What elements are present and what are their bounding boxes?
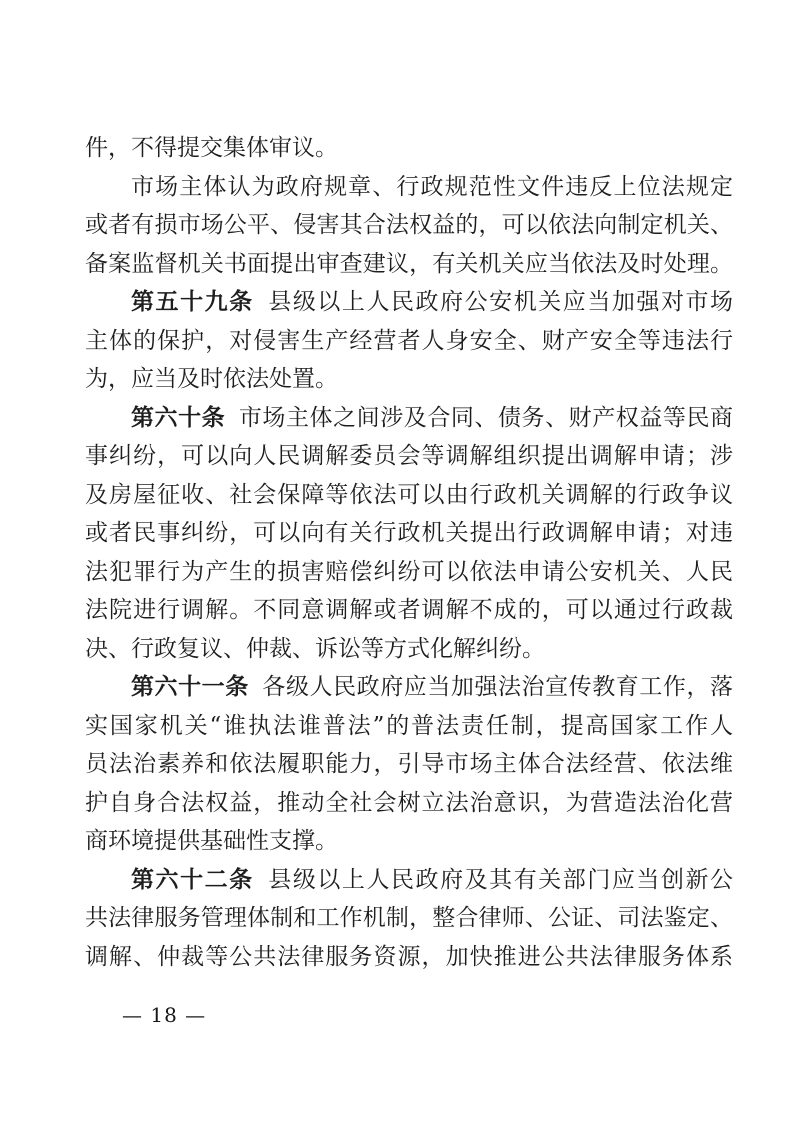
text-line: 法院进行调解。不同意调解或者调解不成的，可以通过行政裁 [85, 591, 733, 630]
article-line: 第六十条 市场主体之间涉及合同、债务、财产权益等民商 [85, 399, 733, 438]
text-line: 决、行政复议、仲裁、诉讼等方式化解纠纷。 [85, 630, 733, 669]
text-line: 事纠纷，可以向人民调解委员会等调解组织提出调解申请；涉 [85, 437, 733, 476]
article-number: 第六十条 [131, 405, 225, 431]
text-line: 或者民事纠纷，可以向有关行政机关提出行政调解申请；对违 [85, 514, 733, 553]
article-line: 第五十九条 县级以上人民政府公安机关应当加强对市场 [85, 283, 733, 322]
text-line: 为，应当及时依法处置。 [85, 360, 733, 399]
article-number: 第六十二条 [131, 867, 254, 893]
text-line: 件，不得提交集体审议。 [85, 129, 733, 168]
article-line: 第六十一条 各级人民政府应当加强法治宣传教育工作，落 [85, 668, 733, 707]
text-block: 件，不得提交集体审议。市场主体认为政府规章、行政规范性文件违反上位法规定或者有损… [85, 129, 733, 976]
text-line: 商环境提供基础性支撑。 [85, 822, 733, 861]
text-line: 及房屋征收、社会保障等依法可以由行政机关调解的行政争议 [85, 476, 733, 515]
text-line: 护自身合法权益，推动全社会树立法治意识，为营造法治化营 [85, 784, 733, 823]
article-number: 第六十一条 [131, 674, 249, 700]
text-line: 法犯罪行为产生的损害赔偿纠纷可以依法申请公安机关、人民 [85, 553, 733, 592]
text-line: 主体的保护，对侵害生产经营者人身安全、财产安全等违法行 [85, 322, 733, 361]
article-number: 第五十九条 [131, 289, 254, 315]
article-line: 第六十二条 县级以上人民政府及其有关部门应当创新公 [85, 861, 733, 900]
text-line: 市场主体认为政府规章、行政规范性文件违反上位法规定 [85, 168, 733, 207]
text-line: 或者有损市场公平、侵害其合法权益的，可以依法向制定机关、 [85, 206, 733, 245]
page-number: — 18 — [122, 1000, 206, 1030]
document-page: 件，不得提交集体审议。市场主体认为政府规章、行政规范性文件违反上位法规定或者有损… [0, 0, 793, 1122]
text-line: 员法治素养和依法履职能力，引导市场主体合法经营、依法维 [85, 745, 733, 784]
text-line: 调解、仲裁等公共法律服务资源，加快推进公共法律服务体系 [85, 938, 733, 977]
text-line: 实国家机关“谁执法谁普法”的普法责任制，提高国家工作人 [85, 707, 733, 746]
text-line: 共法律服务管理体制和工作机制，整合律师、公证、司法鉴定、 [85, 899, 733, 938]
text-line: 备案监督机关书面提出审查建议，有关机关应当依法及时处理。 [85, 245, 733, 284]
